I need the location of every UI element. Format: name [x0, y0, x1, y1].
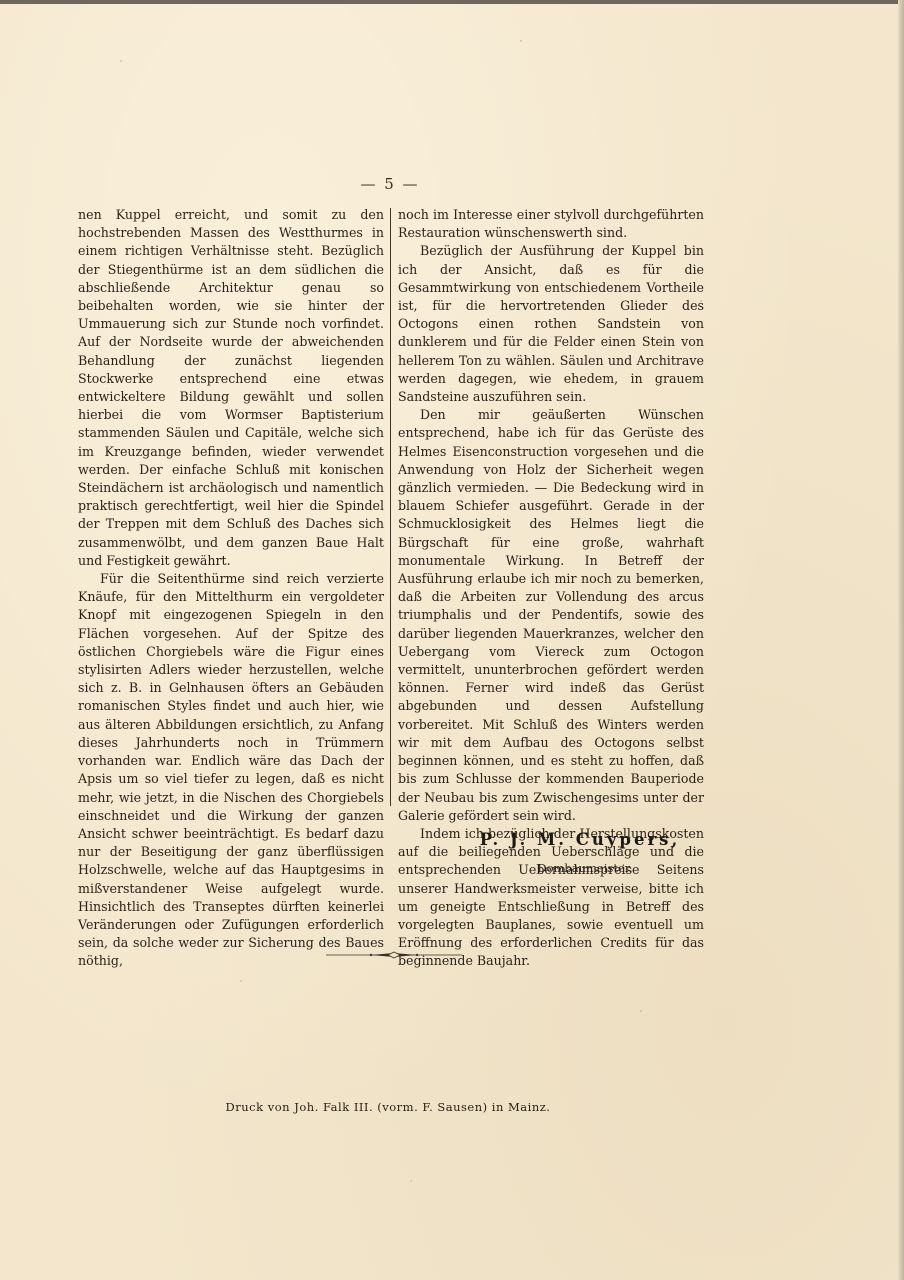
signature-name: P. J. M. Cuypers,	[465, 830, 695, 849]
paper-speck	[520, 40, 522, 42]
signature-title: Dombaumeister.	[465, 861, 705, 875]
paper-speck	[410, 1180, 412, 1182]
paragraph: Für die Seitenthürme sind reich verziert…	[78, 570, 384, 970]
right-column: noch im Interesse einer stylvoll durchge…	[398, 206, 704, 971]
paragraph: Bezüglich der Ausführung der Kuppel bin …	[398, 242, 704, 406]
page-number: — 5 —	[0, 175, 780, 193]
column-divider	[390, 208, 391, 806]
paragraph: nen Kuppel erreicht, und somit zu den ho…	[78, 206, 384, 570]
ornamental-rule-icon	[326, 949, 462, 961]
paragraph: Den mir geäußerten Wünschen entsprechend…	[398, 406, 704, 825]
paper-speck	[640, 1010, 642, 1012]
paper-speck	[120, 60, 122, 62]
paper-speck	[240, 980, 242, 982]
two-column-body: nen Kuppel erreicht, und somit zu den ho…	[78, 206, 704, 810]
page-edge-right	[898, 0, 904, 1280]
paper-speck	[700, 300, 702, 302]
left-column: nen Kuppel erreicht, und somit zu den ho…	[78, 206, 384, 971]
printer-imprint: Druck von Joh. Falk III. (vorm. F. Sause…	[0, 1100, 776, 1114]
paragraph: noch im Interesse einer stylvoll durchge…	[398, 206, 704, 242]
page-edge-top	[0, 0, 904, 4]
